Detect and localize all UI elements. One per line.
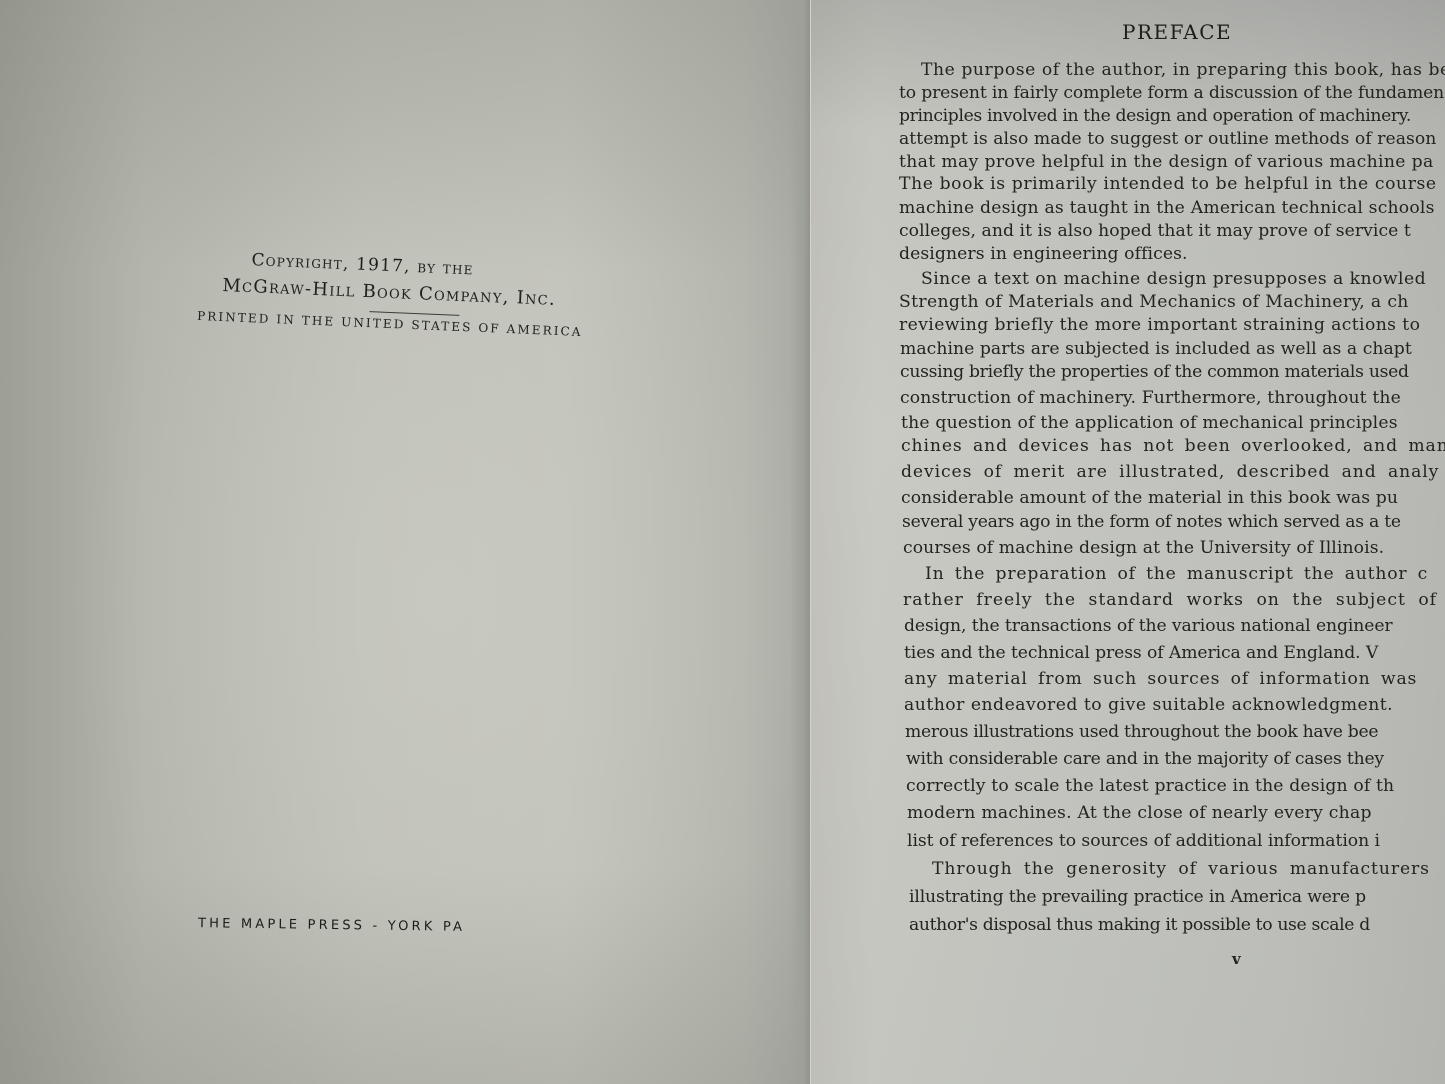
text-line: Since a text on machine design presuppos… [921,271,1426,288]
text-line: designers in engineering offices. [899,246,1188,263]
text-line: author endeavored to give suitable ackno… [904,697,1393,714]
text-line: principles involved in the design and op… [899,108,1411,125]
text-line: list of references to sources of additio… [907,833,1380,850]
preface-body: The purpose of the author, in preparing … [0,0,1445,1084]
open-book-spread: Copyright, 1917, by the McGraw-Hill Book… [0,0,1445,1084]
text-line: construction of machinery. Furthermore, … [900,390,1401,407]
text-line: author's disposal thus making it possibl… [909,917,1370,934]
text-line: colleges, and it is also hoped that it m… [899,223,1411,240]
text-line: Through the generosity of various manufa… [932,861,1430,878]
text-line: several years ago in the form of notes w… [902,514,1401,531]
text-line: The book is primarily intended to be hel… [899,176,1437,193]
page-number: v [1232,950,1241,968]
text-line: design, the transactions of the various … [904,618,1393,635]
text-line: modern machines. At the close of nearly … [907,805,1372,822]
text-line: devices of merit are illustrated, descri… [901,464,1439,481]
text-line: The purpose of the author, in preparing … [921,62,1445,79]
text-line: machine design as taught in the American… [899,200,1435,217]
text-line: ties and the technical press of America … [904,645,1378,662]
text-line: attempt is also made to suggest or outli… [899,131,1436,148]
text-line: merous illustrations used throughout the… [905,724,1378,741]
text-line: considerable amount of the material in t… [901,490,1398,507]
text-line: with considerable care and in the majori… [906,751,1384,768]
text-line: correctly to scale the latest practice i… [906,778,1394,795]
text-line: machine parts are subjected is included … [900,341,1412,358]
text-line: the question of the application of mecha… [901,415,1398,432]
text-line: chines and devices has not been overlook… [901,438,1445,455]
text-line: any material from such sources of inform… [904,671,1417,688]
text-line: rather freely the standard works on the … [903,592,1437,609]
text-line: Strength of Materials and Mechanics of M… [899,294,1409,311]
text-line: to present in fairly complete form a dis… [899,85,1444,102]
text-line: illustrating the prevailing practice in … [909,889,1366,906]
text-line: that may prove helpful in the design of … [899,154,1434,171]
text-line: cussing briefly the properties of the co… [900,364,1409,381]
text-line: reviewing briefly the more important str… [899,317,1420,334]
text-line: In the preparation of the manuscript the… [925,566,1428,583]
text-line: courses of machine design at the Univers… [903,540,1384,557]
